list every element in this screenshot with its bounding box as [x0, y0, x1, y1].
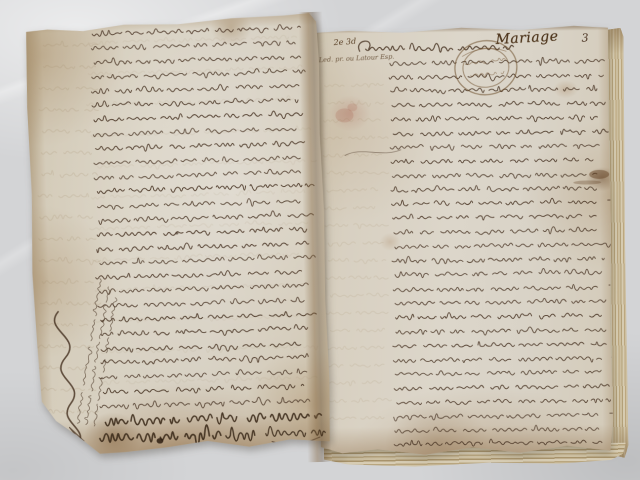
right-page-wrapper: 2e 3d Led. pr. ou Latour Esp. Mariage 3	[313, 24, 614, 458]
right-page-margin-annotation: 2e 3d	[333, 37, 356, 47]
signature-flourish	[226, 426, 263, 441]
margin-flourish-stroke	[345, 150, 401, 156]
signature-flourish	[100, 424, 226, 449]
right-page-handwriting	[313, 24, 614, 458]
left-body-text	[88, 24, 324, 411]
signature-flourish	[266, 425, 329, 438]
left-vertical-margin-note	[75, 271, 122, 427]
signature-flourish	[105, 413, 184, 426]
left-bleedthrough-text	[84, 33, 328, 387]
left-page-handwriting	[23, 12, 332, 457]
page-number: 3	[581, 31, 589, 44]
signature-flourish	[247, 411, 326, 422]
opening-initial	[359, 41, 371, 51]
left-signatures	[99, 409, 328, 450]
left-manuscript-page	[23, 12, 332, 457]
signature-flourish	[187, 412, 243, 425]
left-page-wrapper	[23, 12, 332, 457]
left-paraph-flourish	[54, 311, 94, 457]
right-manuscript-page: 2e 3d Led. pr. ou Latour Esp. Mariage 3	[313, 24, 614, 458]
left-ink-blots	[150, 232, 184, 444]
right-margin-bleedthrough	[323, 83, 405, 420]
right-body-text	[359, 38, 615, 448]
